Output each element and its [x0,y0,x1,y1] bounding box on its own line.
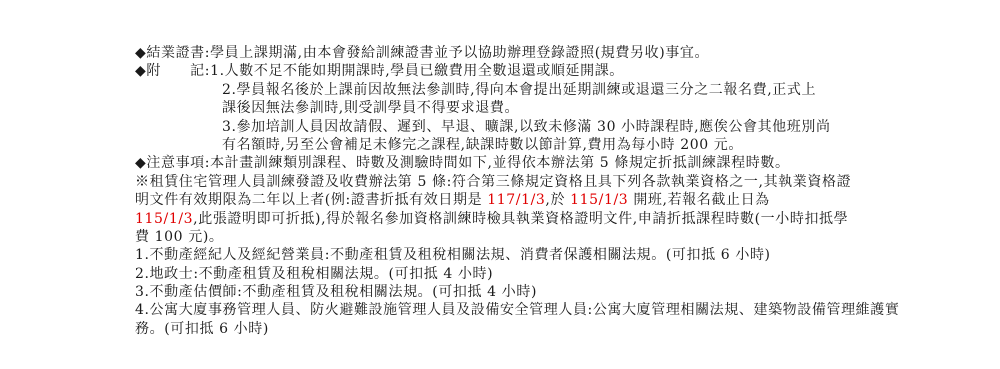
text-line: 3.不動產估價師:不動產租賃及租稅相關法規。(可扣抵 4 小時) [135,283,915,301]
document: ◆結業證書:學員上課期滿,由本會發給訓練證書並予以協助辦理登錄證照(規費另收)事… [135,44,915,338]
text-line: 2.地政士:不動產租賃及租稅相關法規。(可扣抵 4 小時) [135,265,915,283]
text-line: ◆結業證書:學員上課期滿,由本會發給訓練證書並予以協助辦理登錄證照(規費另收)事… [135,44,915,62]
text-segment: ◆結業證書:學員上課期滿,由本會發給訓練證書並予以協助辦理登錄證照(規費另收)事… [135,45,709,61]
text-line: 課後因無法參訓時,則受訓學員不得要求退費。 [135,99,915,117]
text-line: ※租賃住宅管理人員訓練發證及收費辦法第 5 條:符合第三條規定資格且具下列各款執… [135,173,915,191]
text-segment: 務。(可扣抵 6 小時) [135,321,269,337]
text-segment: ◆附 記:1.人數不足不能如期開課時,學員已繳費用全數退還或順延開課。 [135,63,624,79]
text-segment: ◆注意事項:本計畫訓練類別課程、時數及測驗時間如下,並得依本辦法第 5 條規定折… [135,155,790,171]
text-line: 明文件有效期限為二年以上者(例:證書折抵有效日期是 117/1/3,於 115/… [135,191,915,209]
text-segment: 課後因無法參訓時,則受訓學員不得要求退費。 [222,100,519,116]
text-segment: 1.不動產經紀人及經紀營業員:不動產租賃及租稅相關法規、消費者保護相關法規。(可… [135,247,771,263]
text-segment: 2.學員報名後於上課前因故無法參訓時,得向本會提出延期訓練或退還三分之二報名費,… [222,82,816,98]
text-line: 3.參加培訓人員因故請假、遲到、早退、曠課,以致未修滿 30 小時課程時,應俟公… [135,118,915,136]
text-segment: 開班,若報名截止日為 [628,192,770,208]
highlight-date: 115/1/3 [570,192,628,208]
text-line: 有名額時,另至公會補足未修完之課程,缺課時數以節計算,費用為每小時 200 元。 [135,136,915,154]
text-segment: 有名額時,另至公會補足未修完之課程,缺課時數以節計算,費用為每小時 200 元。 [222,137,743,153]
text-segment: ,於 [545,192,570,208]
highlight-date: 115/1/3 [135,211,193,227]
text-segment: 明文件有效期限為二年以上者(例:證書折抵有效日期是 [135,192,487,208]
text-line: 4.公寓大廈事務管理人員、防火避難設施管理人員及設備安全管理人員:公寓大廈管理相… [135,301,915,319]
text-line: ◆注意事項:本計畫訓練類別課程、時數及測驗時間如下,並得依本辦法第 5 條規定折… [135,154,915,172]
text-line: 1.不動產經紀人及經紀營業員:不動產租賃及租稅相關法規、消費者保護相關法規。(可… [135,246,915,264]
text-line: 務。(可扣抵 6 小時) [135,320,915,338]
text-line: 2.學員報名後於上課前因故無法參訓時,得向本會提出延期訓練或退還三分之二報名費,… [135,81,915,99]
text-segment: 3.不動產估價師:不動產租賃及租稅相關法規。(可扣抵 4 小時) [135,284,537,300]
text-line: 115/1/3,此張證明即可折抵),得於報名參加資格訓練時檢具執業資格證明文件,… [135,210,915,228]
text-segment: ※租賃住宅管理人員訓練發證及收費辦法第 5 條:符合第三條規定資格且具下列各款執… [135,174,851,190]
text-segment: ,此張證明即可折抵),得於報名參加資格訓練時檢具執業資格證明文件,申請折抵課程時… [193,211,848,227]
text-segment: 費 100 元)。 [135,229,223,245]
text-segment: 2.地政士:不動產租賃及租稅相關法規。(可扣抵 4 小時) [135,266,493,282]
highlight-date: 117/1/3 [487,192,545,208]
text-segment: 4.公寓大廈事務管理人員、防火避難設施管理人員及設備安全管理人員:公寓大廈管理相… [135,302,899,318]
text-line: 費 100 元)。 [135,228,915,246]
text-line: ◆附 記:1.人數不足不能如期開課時,學員已繳費用全數退還或順延開課。 [135,62,915,80]
text-segment: 3.參加培訓人員因故請假、遲到、早退、曠課,以致未修滿 30 小時課程時,應俟公… [222,119,831,135]
